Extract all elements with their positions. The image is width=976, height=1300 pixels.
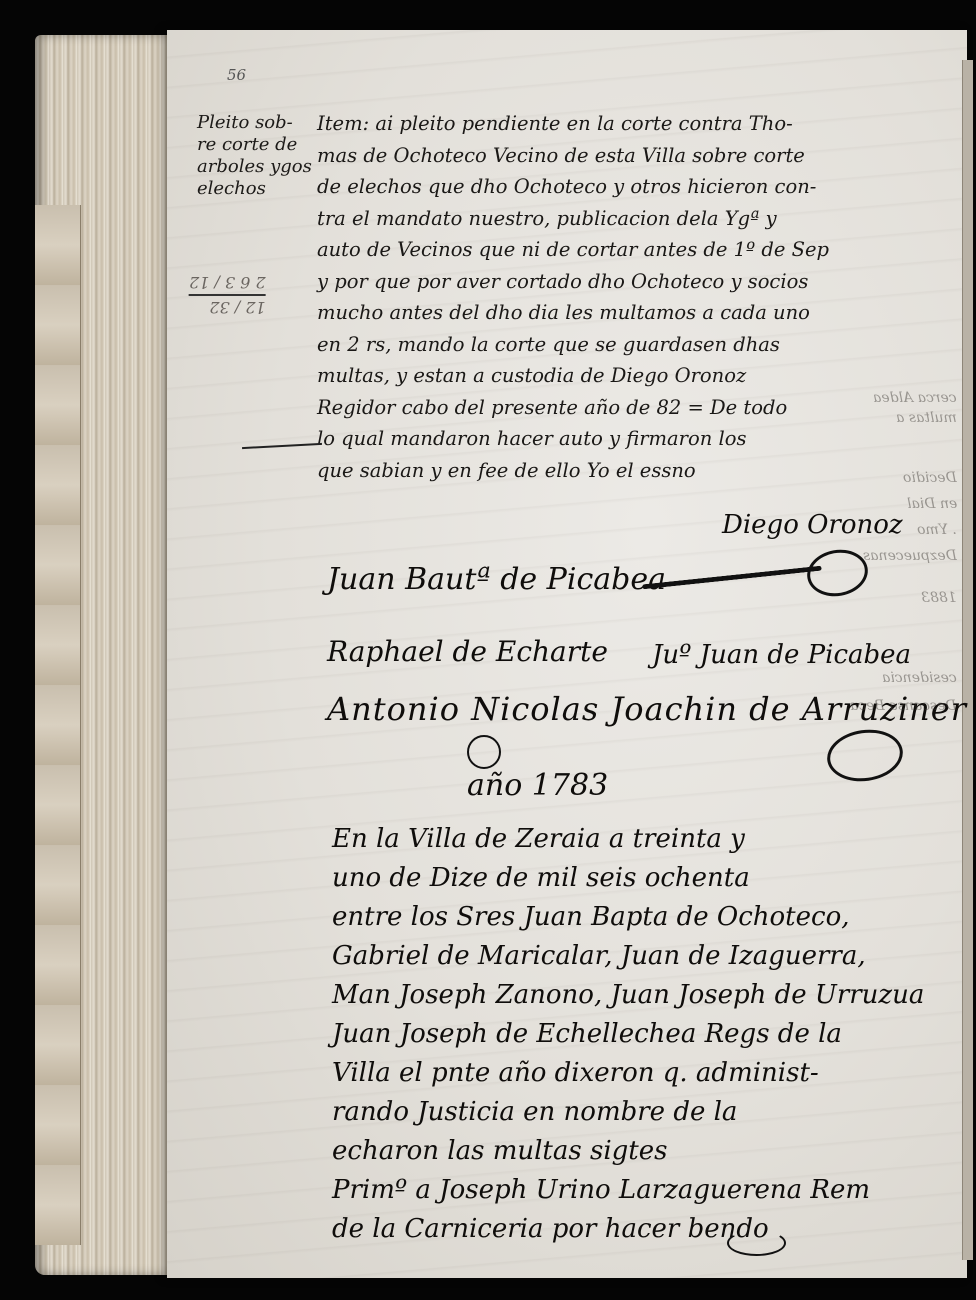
text-line: rando Justicia en nombre de la — [332, 1093, 892, 1132]
text-line: multas, y estan a custodia de Diego Oron… — [317, 360, 862, 392]
entry-1783: En la Villa de Zeraia a treinta y uno de… — [332, 820, 892, 1249]
margin-note-line: re corte de — [197, 134, 312, 156]
signature-flourish-stroke — [642, 566, 822, 590]
signature-juan-picabea: Juº Juan de Picabea — [652, 640, 911, 670]
rubric-flourish-icon — [467, 735, 501, 769]
text-line: Man Joseph Zanono, Juan Joseph de Urruzu… — [332, 976, 892, 1015]
bleed-through-text: en Dial — [907, 496, 957, 512]
text-line: que sabian y en fee de ello Yo el essno — [317, 455, 862, 487]
text-line: de la Carniceria por hacer bendo — [332, 1210, 892, 1249]
year-heading: año 1783 — [467, 768, 608, 803]
text-line: Primº a Joseph Urino Larzaguerena Rem — [332, 1171, 892, 1210]
margin-calculation: 12 / 32 2 6 3 / 12 — [189, 273, 266, 317]
bleed-through-text: Descansa Beca — [850, 698, 957, 714]
text-line: Item: ai pleito pendiente en la corte co… — [317, 108, 862, 140]
text-line: echaron las multas sigtes — [332, 1132, 892, 1171]
margin-note-line: Pleito sob- — [197, 112, 312, 134]
bleed-through-text: Dezpuecenas — [863, 548, 957, 564]
next-page-edge — [962, 60, 973, 1260]
manuscript-page: 56 Pleito sob- re corte de arboles ygos … — [167, 30, 967, 1278]
signature-oronoz: Diego Oronoz — [722, 510, 903, 540]
folio-number: 56 — [227, 66, 246, 84]
rubric-flourish-icon — [803, 545, 871, 601]
text-line: y por que por aver cortado dho Ochoteco … — [317, 266, 862, 298]
text-line: Regidor cabo del presente año de 82 = De… — [317, 392, 862, 424]
margin-rule — [242, 443, 322, 449]
bleed-through-text: Decidio — [903, 470, 957, 486]
open-ledger-book: 56 Pleito sob- re corte de arboles ygos … — [35, 30, 975, 1278]
text-line: En la Villa de Zeraia a treinta y — [332, 820, 892, 859]
rubric-flourish-icon — [824, 725, 906, 786]
bleed-through-text: multas a — [896, 410, 957, 426]
margin-sum-line: 2 6 3 / 12 — [189, 273, 266, 296]
closing-flourish-icon — [727, 1230, 786, 1256]
signature-picabea: Juan Bautª de Picabea — [327, 562, 666, 597]
text-line: tra el mandato nuestro, publicacion dela… — [317, 203, 862, 235]
text-line: lo qual mandaron hacer auto y firmaron l… — [317, 423, 862, 455]
signature-echarte: Raphael de Echarte — [327, 635, 608, 668]
text-line: uno de Dize de mil seis ochenta — [332, 859, 892, 898]
text-line: Juan Joseph de Echellechea Regs de la — [332, 1015, 892, 1054]
bleed-through-text: 1883 — [921, 590, 957, 606]
margin-note: Pleito sob- re corte de arboles ygos ele… — [197, 112, 312, 200]
main-paragraph: Item: ai pleito pendiente en la corte co… — [317, 108, 862, 486]
stacked-page-edges — [35, 35, 185, 1275]
margin-sum-line: 12 / 32 — [189, 298, 266, 317]
margin-note-line: arboles ygos — [197, 156, 312, 178]
text-line: auto de Vecinos que ni de cortar antes d… — [317, 234, 862, 266]
text-line: Villa el pnte año dixeron q. administ- — [332, 1054, 892, 1093]
text-line: Gabriel de Maricalar, Juan de Izaguerra, — [332, 937, 892, 976]
text-line: de elechos que dho Ochoteco y otros hici… — [317, 171, 862, 203]
worn-binding-edge — [35, 205, 81, 1245]
text-line: en 2 rs, mando la corte que se guardasen… — [317, 329, 862, 361]
bleed-through-text: cesidencia — [882, 670, 957, 686]
text-line: mucho antes del dho dia les multamos a c… — [317, 297, 862, 329]
margin-note-line: elechos — [197, 178, 312, 200]
text-line: entre los Sres Juan Bapta de Ochoteco, — [332, 898, 892, 937]
bleed-through-text: cerca Aldea — [873, 390, 957, 406]
text-line: mas de Ochoteco Vecino de esta Villa sob… — [317, 140, 862, 172]
bleed-through-text: . Ymo — [917, 522, 957, 538]
